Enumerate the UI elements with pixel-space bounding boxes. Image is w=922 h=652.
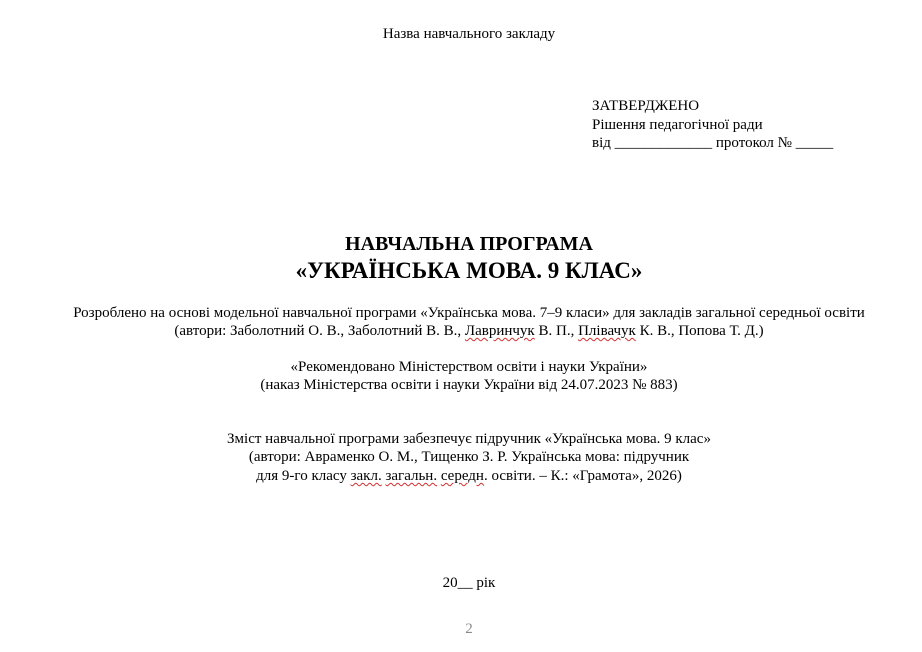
textbook-authors-text: (автори: Авраменко О. М., Тищенко З. Р. … xyxy=(0,448,922,466)
authors-suffix: К. В., Попова Т. Д.) xyxy=(636,323,764,339)
approval-heading: ЗАТВЕРДЖЕНО xyxy=(592,97,699,115)
authors-mid: В. П., xyxy=(535,323,578,339)
ministry-order-text: (наказ Міністерства освіти і науки Украї… xyxy=(0,376,922,394)
spellcheck-flagged-word[interactable]: закл. xyxy=(351,468,382,484)
document-page: Назва навчального закладу ЗАТВЕРДЖЕНО Рі… xyxy=(0,0,922,652)
publication-prefix: для 9-го класу xyxy=(256,468,350,484)
textbook-publication-text: для 9-го класу закл. загальн. середн. ос… xyxy=(0,467,922,485)
authors-prefix: (автори: Заболотний О. В., Заболотний В.… xyxy=(174,323,465,339)
publication-suffix: . освіти. – К.: «Грамота», 2026) xyxy=(484,468,682,484)
program-title: НАВЧАЛЬНА ПРОГРАМА xyxy=(0,232,922,256)
textbook-intro-text: Зміст навчальної програми забезпечує під… xyxy=(0,430,922,448)
developed-basis-text: Розроблено на основі модельної навчально… xyxy=(0,304,922,322)
program-subject-title: «УКРАЇНСЬКА МОВА. 9 КЛАС» xyxy=(0,257,922,285)
developed-authors-text: (автори: Заболотний О. В., Заболотний В.… xyxy=(0,322,922,340)
approval-council-decision: Рішення педагогічної ради xyxy=(592,116,763,134)
institution-name-placeholder: Назва навчального закладу xyxy=(0,25,922,43)
spellcheck-flagged-word[interactable]: Плівачук xyxy=(578,323,636,339)
spellcheck-flagged-word[interactable]: загальн. xyxy=(385,468,437,484)
spellcheck-flagged-word[interactable]: Лавринчук xyxy=(465,323,535,339)
spellcheck-flagged-word[interactable]: середн xyxy=(441,468,484,484)
year-line: 20__ рік xyxy=(0,574,922,592)
approval-date-protocol: від _____________ протокол № _____ xyxy=(592,134,833,152)
page-number: 2 xyxy=(0,620,922,638)
recommended-text: «Рекомендовано Міністерством освіти і на… xyxy=(0,358,922,376)
